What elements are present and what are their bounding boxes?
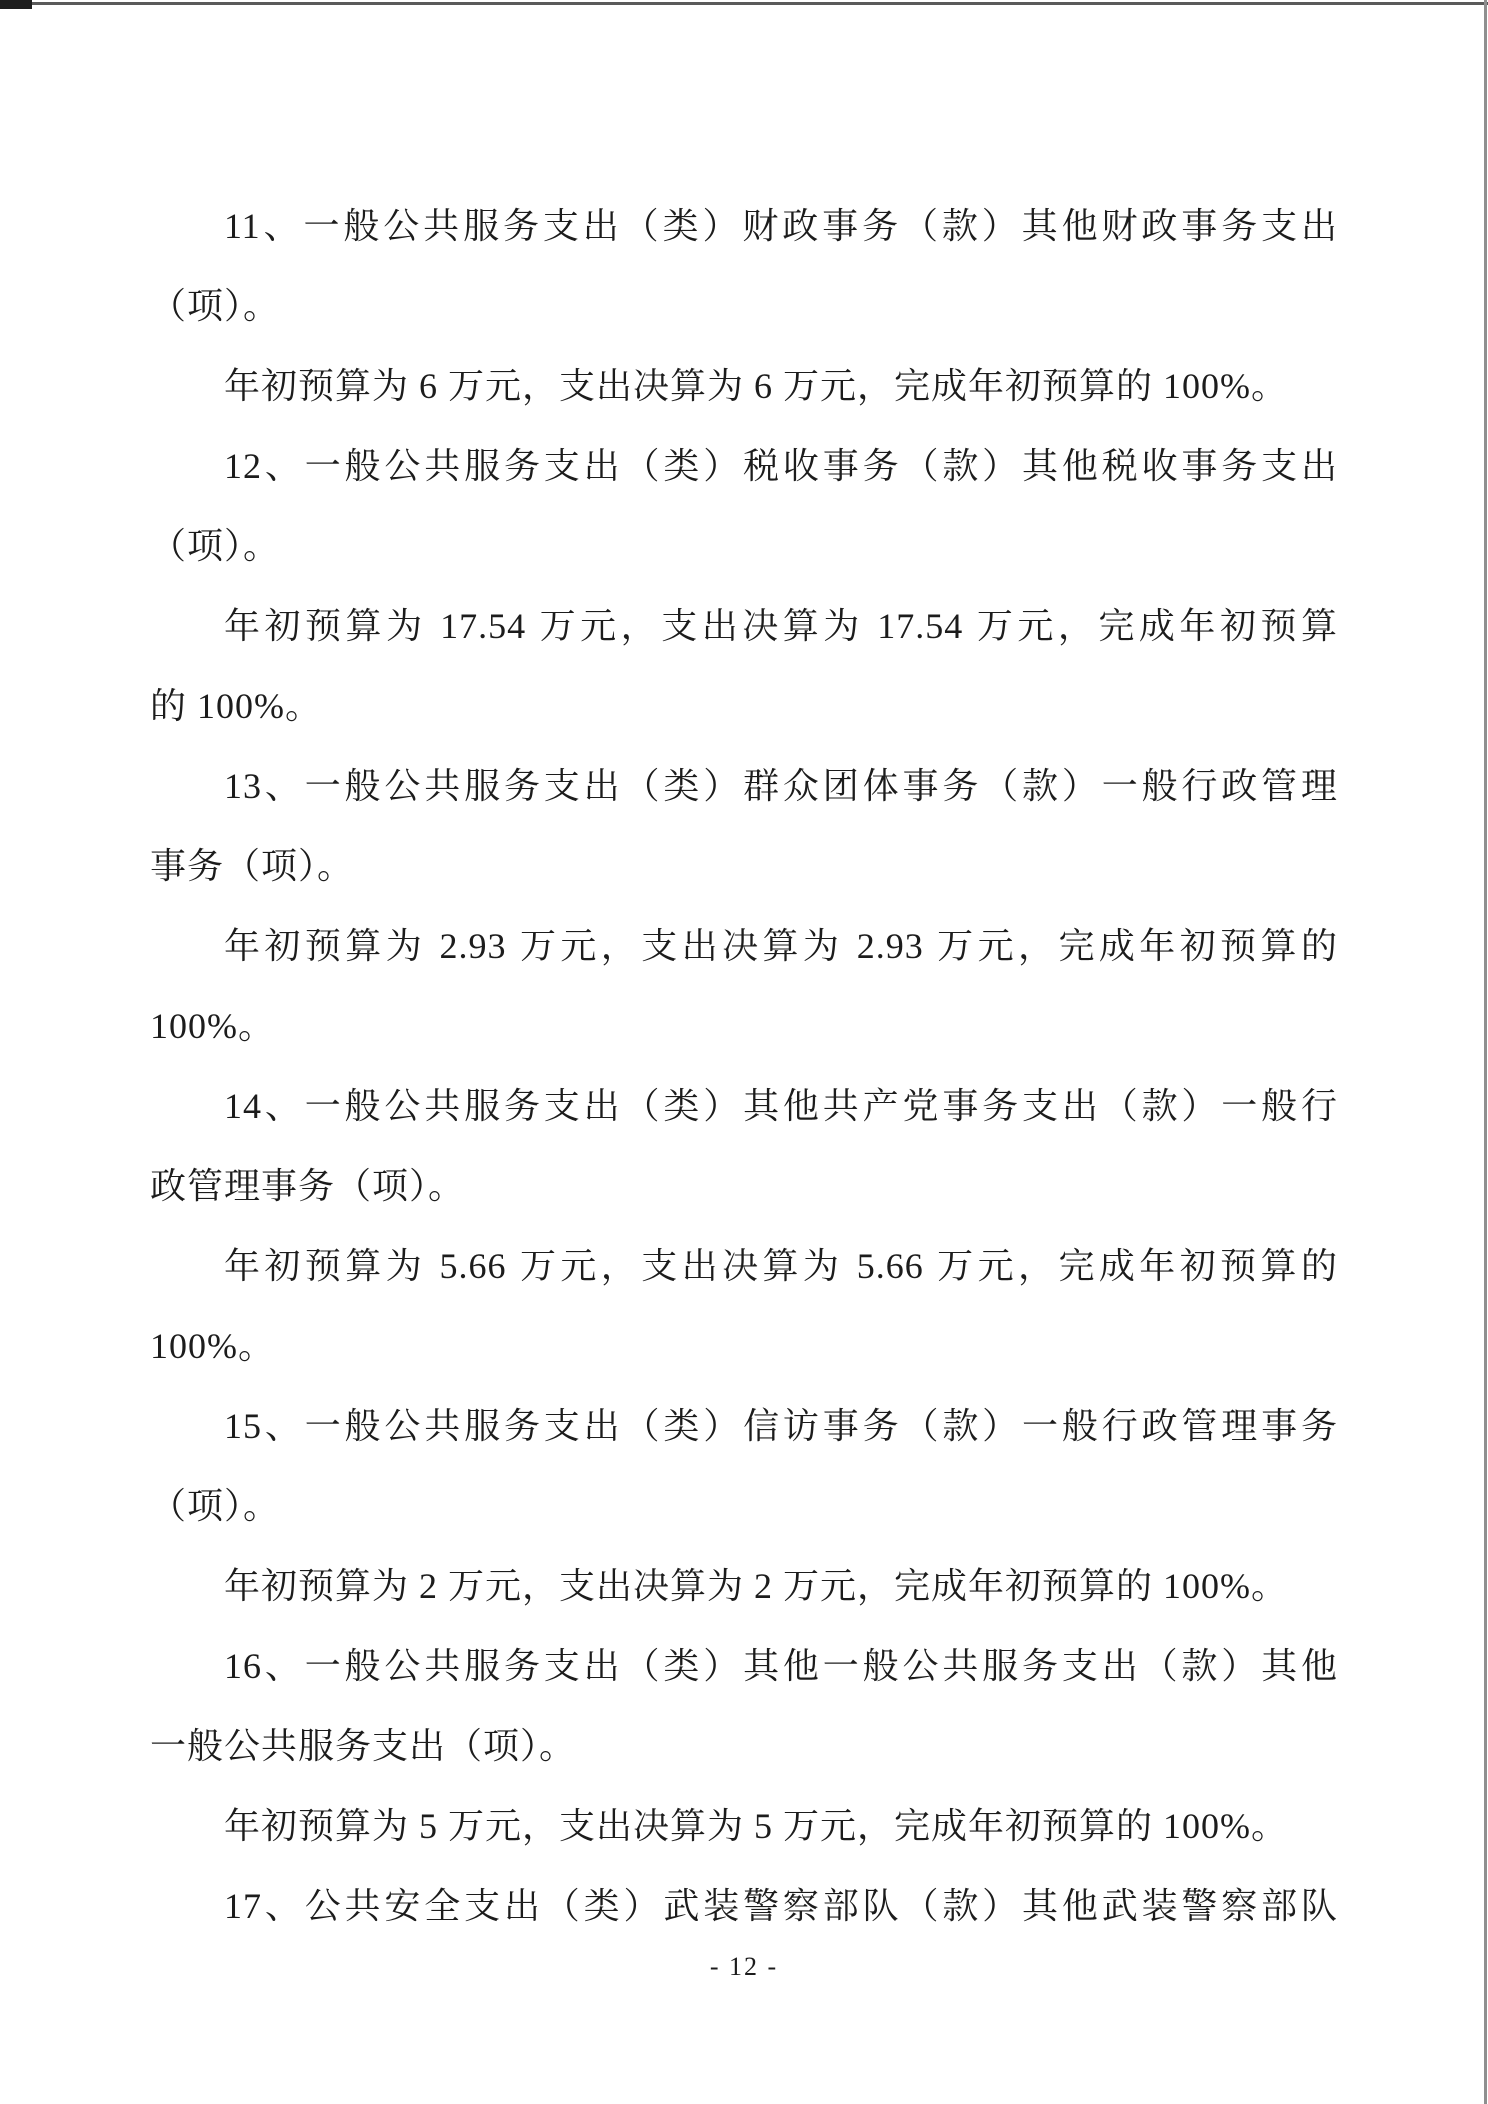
- text-line: 年初预算为 5.66 万元，支出决算为 5.66 万元，完成年初预算的: [150, 1226, 1338, 1306]
- text-line: 13、一般公共服务支出（类）群众团体事务（款）一般行政管理: [150, 746, 1338, 826]
- text-line: 一般公共服务支出（项）。: [150, 1706, 1338, 1786]
- text-line: 的 100%。: [150, 666, 1338, 746]
- document-body: 11、一般公共服务支出（类）财政事务（款）其他财政事务支出（项）。年初预算为 6…: [150, 186, 1338, 1946]
- text-line: （项）。: [150, 1466, 1338, 1546]
- text-line: 年初预算为 2.93 万元，支出决算为 2.93 万元，完成年初预算的: [150, 906, 1338, 986]
- text-line: 年初预算为 17.54 万元，支出决算为 17.54 万元，完成年初预算: [150, 586, 1338, 666]
- text-line: 事务（项）。: [150, 826, 1338, 906]
- text-line: 14、一般公共服务支出（类）其他共产党事务支出（款）一般行: [150, 1066, 1338, 1146]
- text-line: 17、公共安全支出（类）武装警察部队（款）其他武装警察部队: [150, 1866, 1338, 1946]
- text-line: 政管理事务（项）。: [150, 1146, 1338, 1226]
- scan-edge-top-line: [0, 2, 1488, 5]
- text-line: 年初预算为 6 万元，支出决算为 6 万元，完成年初预算的 100%。: [150, 346, 1338, 426]
- scan-edge-right-line: [1484, 0, 1487, 2104]
- text-line: 100%。: [150, 1306, 1338, 1386]
- text-line: 100%。: [150, 986, 1338, 1066]
- text-line: （项）。: [150, 506, 1338, 586]
- text-line: （项）。: [150, 266, 1338, 346]
- document-page: 11、一般公共服务支出（类）财政事务（款）其他财政事务支出（项）。年初预算为 6…: [0, 0, 1488, 2104]
- text-line: 15、一般公共服务支出（类）信访事务（款）一般行政管理事务: [150, 1386, 1338, 1466]
- text-line: 16、一般公共服务支出（类）其他一般公共服务支出（款）其他: [150, 1626, 1338, 1706]
- scan-edge-corner-mark: [0, 0, 32, 9]
- text-line: 年初预算为 5 万元，支出决算为 5 万元，完成年初预算的 100%。: [150, 1786, 1338, 1866]
- text-line: 年初预算为 2 万元，支出决算为 2 万元，完成年初预算的 100%。: [150, 1546, 1338, 1626]
- text-line: 11、一般公共服务支出（类）财政事务（款）其他财政事务支出: [150, 186, 1338, 266]
- text-line: 12、一般公共服务支出（类）税收事务（款）其他税收事务支出: [150, 426, 1338, 506]
- page-number: - 12 -: [0, 1952, 1488, 1982]
